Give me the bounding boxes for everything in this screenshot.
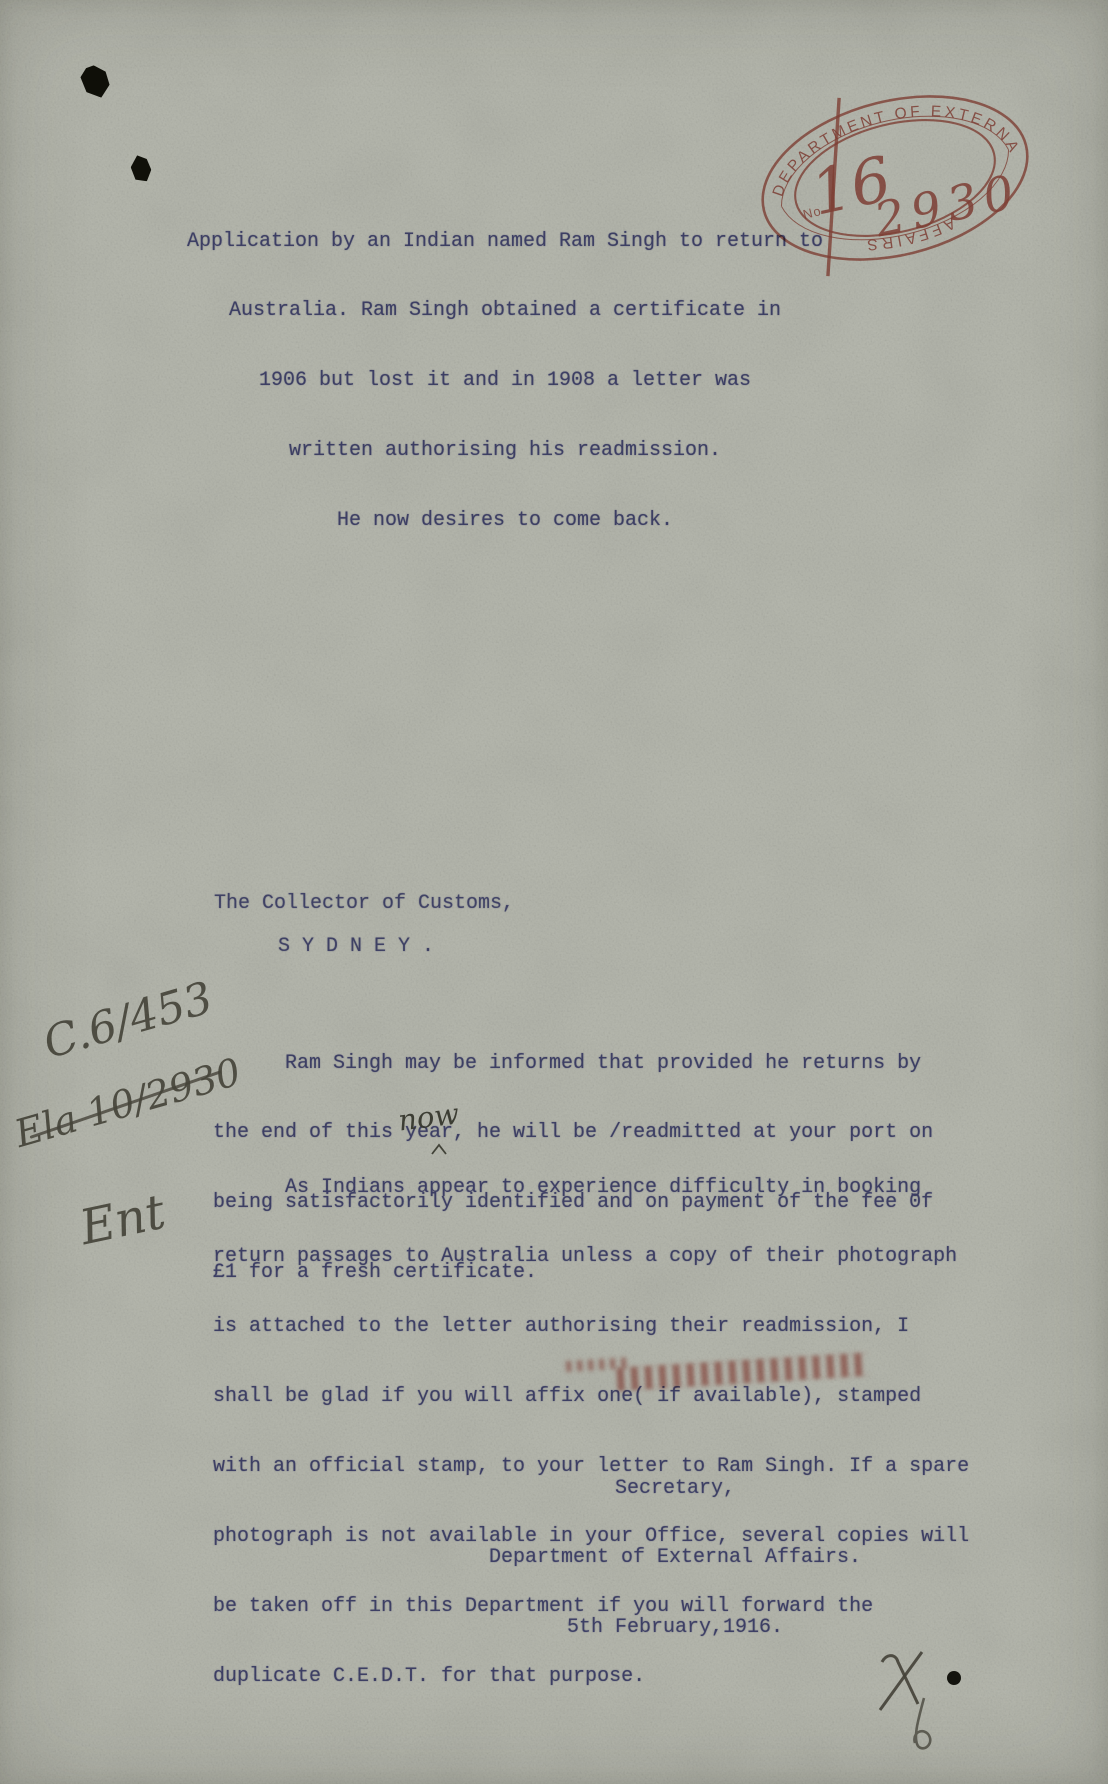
bottom-pencil-marks (858, 1640, 988, 1770)
signature-line: Department of External Affairs. (420, 1546, 930, 1569)
signature-line: 5th February,1916. (420, 1616, 930, 1639)
body-line: is attached to the letter authorising th… (213, 1315, 1013, 1338)
faded-stamp-text-smudge (616, 1353, 869, 1391)
document-scan: { "document": { "summary_lines": [ "Appl… (0, 0, 1108, 1784)
signature-block: Secretary, Department of External Affair… (420, 1430, 930, 1663)
recipient-name: The Collector of Customs, (214, 892, 514, 915)
signature-line: Secretary, (420, 1477, 930, 1500)
summary-line: written authorising his readmission. (160, 439, 850, 462)
stamp-number-rest: 2930 (869, 164, 1026, 249)
ink-blot (129, 154, 153, 184)
handwritten-entered-mark: Ent (75, 1184, 170, 1257)
ink-blot (77, 63, 113, 99)
handwritten-register-ref: Ela 10/2930 (10, 1050, 246, 1156)
ink-dot (947, 1671, 961, 1685)
recipient-city: S Y D N E Y . (278, 935, 434, 958)
summary-line: Australia. Ram Singh obtained a certific… (160, 299, 850, 322)
department-oval-stamp: DEPARTMENT OF EXTERNAL AFFAIRS No 16 293… (743, 80, 1053, 285)
summary-line: He now desires to come back. (160, 509, 850, 532)
body-line: return passages to Australia unless a co… (213, 1245, 1013, 1268)
summary-line: 1906 but lost it and in 1908 a letter wa… (160, 369, 850, 392)
insertion-caret-icon (430, 1143, 448, 1155)
body-line: Ram Singh may be informed that provided … (213, 1052, 993, 1075)
handwritten-file-ref: C.6/453 (38, 972, 218, 1069)
body-line: As Indians appear to experience difficul… (213, 1176, 1013, 1199)
pencil-squiggle (914, 1698, 930, 1748)
